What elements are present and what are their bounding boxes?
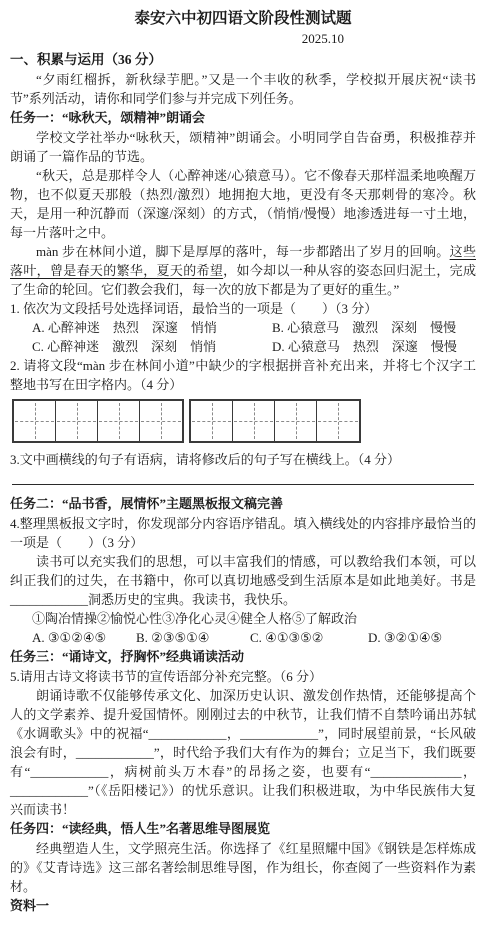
- grid-cell: [14, 401, 56, 441]
- q1-option-a: A. 心醉神迷 热烈 深邃 悄悄: [32, 318, 272, 337]
- grid-cell: [98, 401, 140, 441]
- exam-date: 2025.10: [10, 30, 476, 48]
- task2-numbered-items: ①陶冶情操②愉悦心性③净化心灵④健全人格⑤了解政治: [10, 609, 476, 628]
- test-paper-page: 泰安六中初四语文阶段性测试题 2025.10 一、积累与运用（36 分） “夕雨…: [0, 0, 486, 926]
- q1-option-d: D. 心猿意马 热烈 深邃 慢慢: [272, 337, 476, 356]
- question-2: 2. 请将文段“màn 步在林间小道”中缺少的字根据拼音补充出来，并将七个汉字工…: [10, 356, 476, 394]
- grid-cell: [317, 401, 359, 441]
- q4-option-a: A. ③①②④⑤: [32, 628, 136, 647]
- q1-option-c: C. 心醉神迷 激烈 深刻 悄悄: [32, 337, 272, 356]
- task2-heading: 任务二：“品书香，展情怀”主题黑板报文稿完善: [10, 494, 476, 514]
- grid-block-right: [189, 399, 361, 443]
- task4-passage: 经典塑造人生，文学照亮生活。你选择了《红星照耀中国》《钢铁是怎样炼成的》《艾青诗…: [10, 839, 476, 896]
- q4-option-d: D. ③②①④⑤: [368, 628, 476, 647]
- task1-heading: 任务一：“咏秋天，颂精神”朗诵会: [10, 108, 476, 128]
- grid-cell: [233, 401, 275, 441]
- q4-option-c: C. ④①③⑤②: [250, 628, 368, 647]
- intro-paragraph: “夕雨红榴拆，新秋绿芋肥。”又是一个丰收的秋季，学校拟开展庆祝“读书节”系列活动…: [10, 70, 476, 108]
- task2-passage: 读书可以充实我们的思想，可以丰富我们的情感，可以教给我们本领，可以纠正我们的过失…: [10, 552, 476, 609]
- task3-heading: 任务三：“诵诗文，抒胸怀”经典诵读活动: [10, 647, 476, 667]
- passage-2-pre: màn 步在林间小道，脚下是厚厚的落叶，每一步都踏出了岁月的回响。: [36, 244, 450, 259]
- writing-grid: [12, 399, 476, 443]
- q1-options: A. 心醉神迷 热烈 深邃 悄悄 B. 心猿意马 激烈 深刻 慢慢 C. 心醉神…: [10, 318, 476, 356]
- question-5: 5.请用古诗文将读书节的宣传语部分补充完整。（6 分）: [10, 667, 476, 686]
- material-1-label: 资料一: [10, 896, 476, 916]
- grid-cell: [140, 401, 182, 441]
- section-heading-accumulation: 一、积累与运用（36 分）: [10, 50, 476, 70]
- q4-option-b: B. ②③⑤①④: [136, 628, 250, 647]
- q1-option-b: B. 心猿意马 激烈 深刻 慢慢: [272, 318, 476, 337]
- grid-cell: [191, 401, 233, 441]
- question-3: 3.文中画横线的句子有语病，请将修改后的句子写在横线上。（4 分）: [10, 450, 476, 469]
- task1-passage-2: màn 步在林间小道，脚下是厚厚的落叶，每一步都踏出了岁月的回响。这些落叶，曾是…: [10, 242, 476, 299]
- grid-cell: [275, 401, 317, 441]
- page-title: 泰安六中初四语文阶段性测试题: [10, 8, 476, 30]
- task3-passage: 朗诵诗歌不仅能够传承文化、加深历史认识、激发创作热情，还能够提高个人的文学素养、…: [10, 686, 476, 819]
- task1-intro: 学校文学社举办“咏秋天，颂精神”朗诵会。小明同学自告奋勇，积极推荐并朗诵了一篇作…: [10, 128, 476, 166]
- task1-passage-1: “秋天，总是那样令人（心醉神迷/心猿意马）。它不像春天那样温柔地唤醒万物，也不似…: [10, 166, 476, 242]
- question-4: 4.整理黑板报文字时，你发现部分内容语序错乱。填入横线处的内容排序最恰当的一项是…: [10, 514, 476, 552]
- q4-options: A. ③①②④⑤ B. ②③⑤①④ C. ④①③⑤② D. ③②①④⑤: [10, 628, 476, 647]
- q3-answer-line: [12, 469, 474, 485]
- question-1: 1. 依次为文段括号处选择词语，最恰当的一项是（ ）（3 分）: [10, 299, 476, 318]
- grid-block-left: [12, 399, 184, 443]
- grid-cell: [56, 401, 98, 441]
- task4-heading: 任务四：“读经典，悟人生”名著思维导图展览: [10, 819, 476, 839]
